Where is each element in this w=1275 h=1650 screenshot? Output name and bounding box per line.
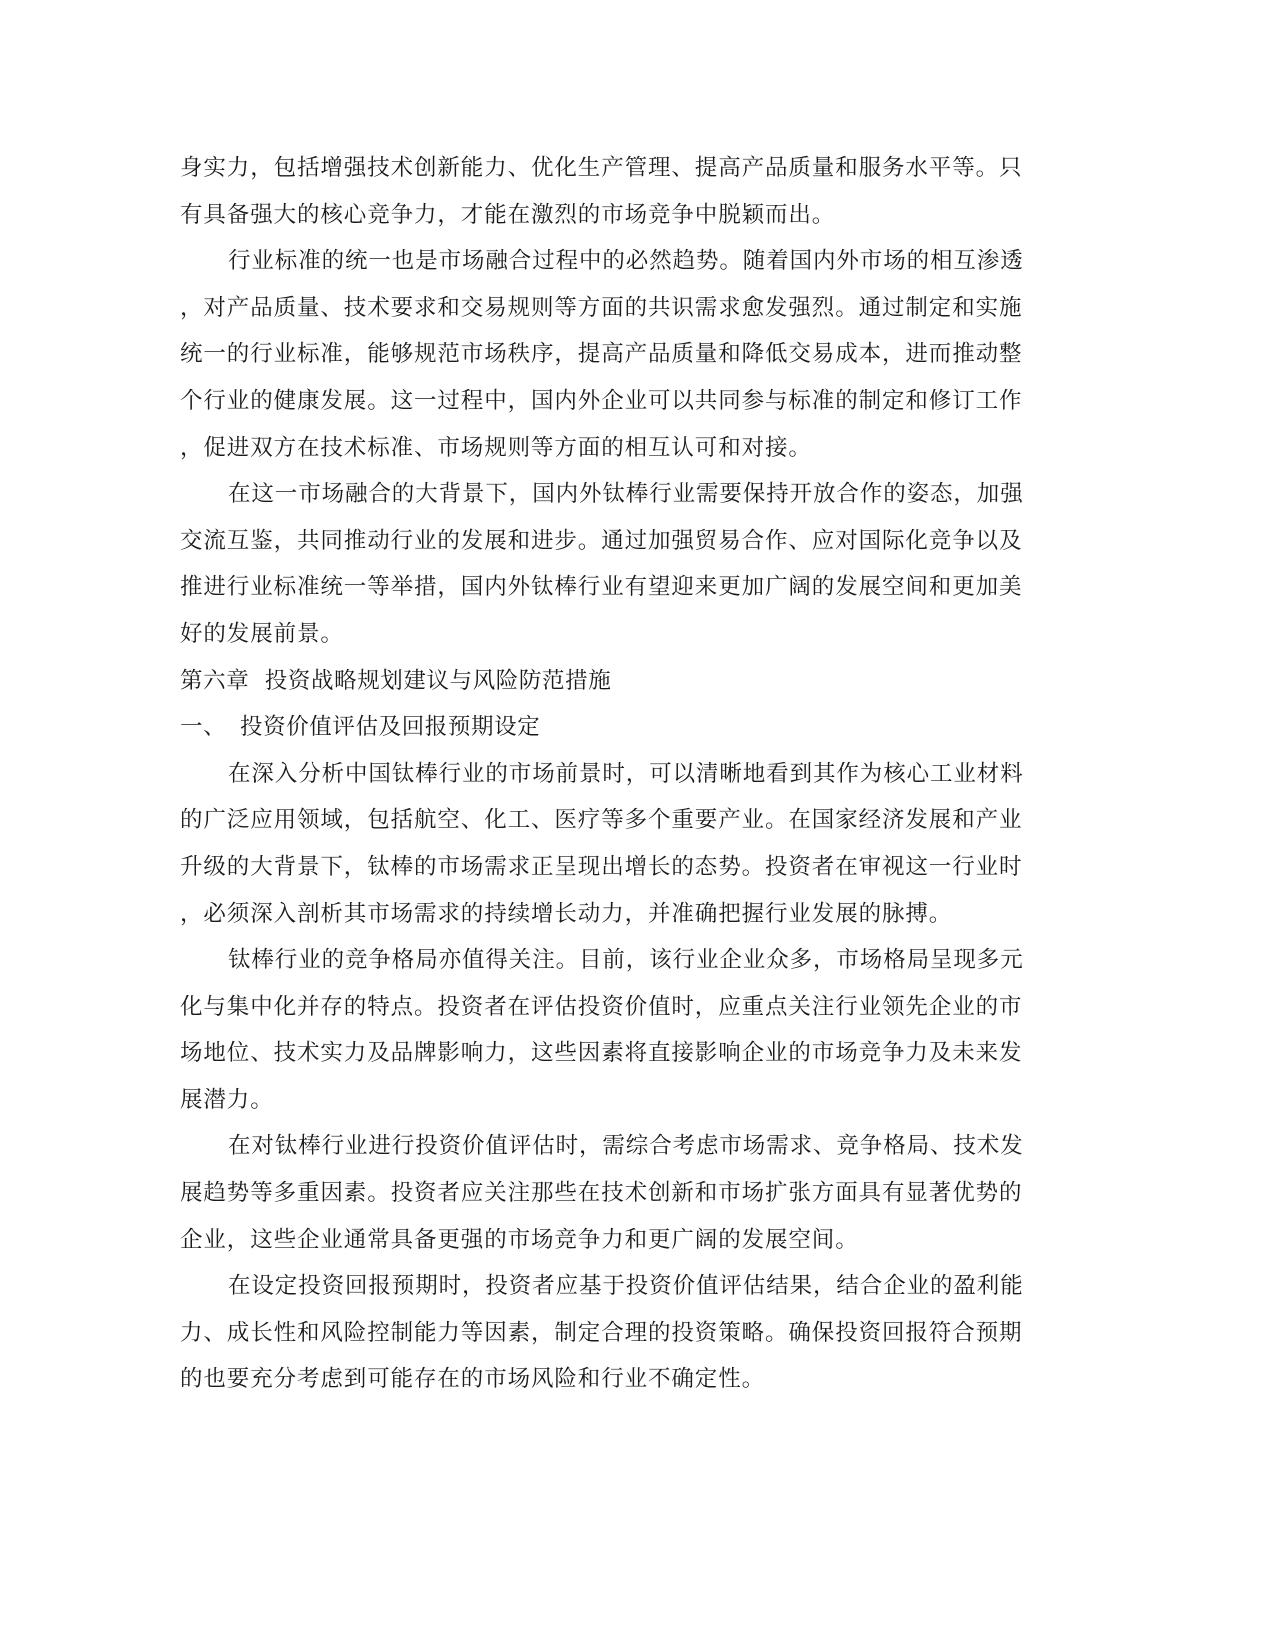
text-line: 交流互鉴，共同推动行业的发展和进步。通过加强贸易合作、应对国际化竞争以及 <box>180 518 1040 565</box>
text-line: 身实力，包括增强技术创新能力、优化生产管理、提高产品质量和服务水平等。只 <box>180 145 1040 192</box>
text-line: 化与集中化并存的特点。投资者在评估投资价值时，应重点关注行业领先企业的市 <box>180 984 1040 1031</box>
paragraph-return-expectations: 在设定投资回报预期时，投资者应基于投资价值评估结果，结合企业的盈利能 力、成长性… <box>180 1263 1040 1403</box>
text-line: 在设定投资回报预期时，投资者应基于投资价值评估结果，结合企业的盈利能 <box>180 1263 1040 1310</box>
section-title: 投资价值评估及回报预期设定 <box>240 714 540 740</box>
text-line: 在这一市场融合的大背景下，国内外钛棒行业需要保持开放合作的姿态，加强 <box>180 471 1040 518</box>
text-line: 钛棒行业的竞争格局亦值得关注。目前，该行业企业众多，市场格局呈现多元 <box>180 937 1040 984</box>
chapter-heading: 第六章 投资战略规划建议与风险防范措施 <box>180 658 1040 705</box>
section-heading: 一、投资价值评估及回报预期设定 <box>180 704 1040 751</box>
text-line: ，对产品质量、技术要求和交易规则等方面的共识需求愈发强烈。通过制定和实施 <box>180 285 1040 332</box>
paragraph-valuation-factors: 在对钛棒行业进行投资价值评估时，需综合考虑市场需求、竞争格局、技术发 展趋势等多… <box>180 1123 1040 1263</box>
text-line: 统一的行业标准，能够规范市场秩序，提高产品质量和降低交易成本，进而推动整 <box>180 331 1040 378</box>
text-line: ，必须深入剖析其市场需求的持续增长动力，并准确把握行业发展的脉搏。 <box>180 891 1040 938</box>
text-line: 展趋势等多重因素。投资者应关注那些在技术创新和市场扩张方面具有显著优势的 <box>180 1170 1040 1217</box>
text-line: 在对钛棒行业进行投资价值评估时，需综合考虑市场需求、竞争格局、技术发 <box>180 1123 1040 1170</box>
text-line: 的广泛应用领域，包括航空、化工、医疗等多个重要产业。在国家经济发展和产业 <box>180 797 1040 844</box>
paragraph-industry-standards: 行业标准的统一也是市场融合过程中的必然趋势。随着国内外市场的相互渗透 ，对产品质… <box>180 238 1040 471</box>
text-line: 升级的大背景下，钛棒的市场需求正呈现出增长的态势。投资者在审视这一行业时 <box>180 844 1040 891</box>
text-line: 推进行业标准统一等举措，国内外钛棒行业有望迎来更加广阔的发展空间和更加美 <box>180 564 1040 611</box>
section-number: 一、 <box>180 704 240 751</box>
text-line: ，促进双方在技术标准、市场规则等方面的相互认可和对接。 <box>180 425 1040 472</box>
text-line: 场地位、技术实力及品牌影响力，这些因素将直接影响企业的市场竞争力及未来发 <box>180 1030 1040 1077</box>
document-body: 身实力，包括增强技术创新能力、优化生产管理、提高产品质量和服务水平等。只 有具备… <box>180 145 1040 1403</box>
paragraph-market-integration: 在这一市场融合的大背景下，国内外钛棒行业需要保持开放合作的姿态，加强 交流互鉴，… <box>180 471 1040 657</box>
text-line: 有具备强大的核心竞争力，才能在激烈的市场竞争中脱颖而出。 <box>180 192 1040 239</box>
text-line: 展潜力。 <box>180 1077 1040 1124</box>
document-page: 身实力，包括增强技术创新能力、优化生产管理、提高产品质量和服务水平等。只 有具备… <box>0 0 1275 1650</box>
text-line: 行业标准的统一也是市场融合过程中的必然趋势。随着国内外市场的相互渗透 <box>180 238 1040 285</box>
text-line: 企业，这些企业通常具备更强的市场竞争力和更广阔的发展空间。 <box>180 1217 1040 1264</box>
text-line: 在深入分析中国钛棒行业的市场前景时，可以清晰地看到其作为核心工业材料 <box>180 751 1040 798</box>
paragraph-market-outlook: 在深入分析中国钛棒行业的市场前景时，可以清晰地看到其作为核心工业材料 的广泛应用… <box>180 751 1040 937</box>
paragraph-competitive-landscape: 钛棒行业的竞争格局亦值得关注。目前，该行业企业众多，市场格局呈现多元 化与集中化… <box>180 937 1040 1123</box>
paragraph-core-competitiveness: 身实力，包括增强技术创新能力、优化生产管理、提高产品质量和服务水平等。只 有具备… <box>180 145 1040 238</box>
text-line: 个行业的健康发展。这一过程中，国内外企业可以共同参与标准的制定和修订工作 <box>180 378 1040 425</box>
text-line: 力、成长性和风险控制能力等因素，制定合理的投资策略。确保投资回报符合预期 <box>180 1310 1040 1357</box>
text-line: 好的发展前景。 <box>180 611 1040 658</box>
text-line: 的也要充分考虑到可能存在的市场风险和行业不确定性。 <box>180 1356 1040 1403</box>
